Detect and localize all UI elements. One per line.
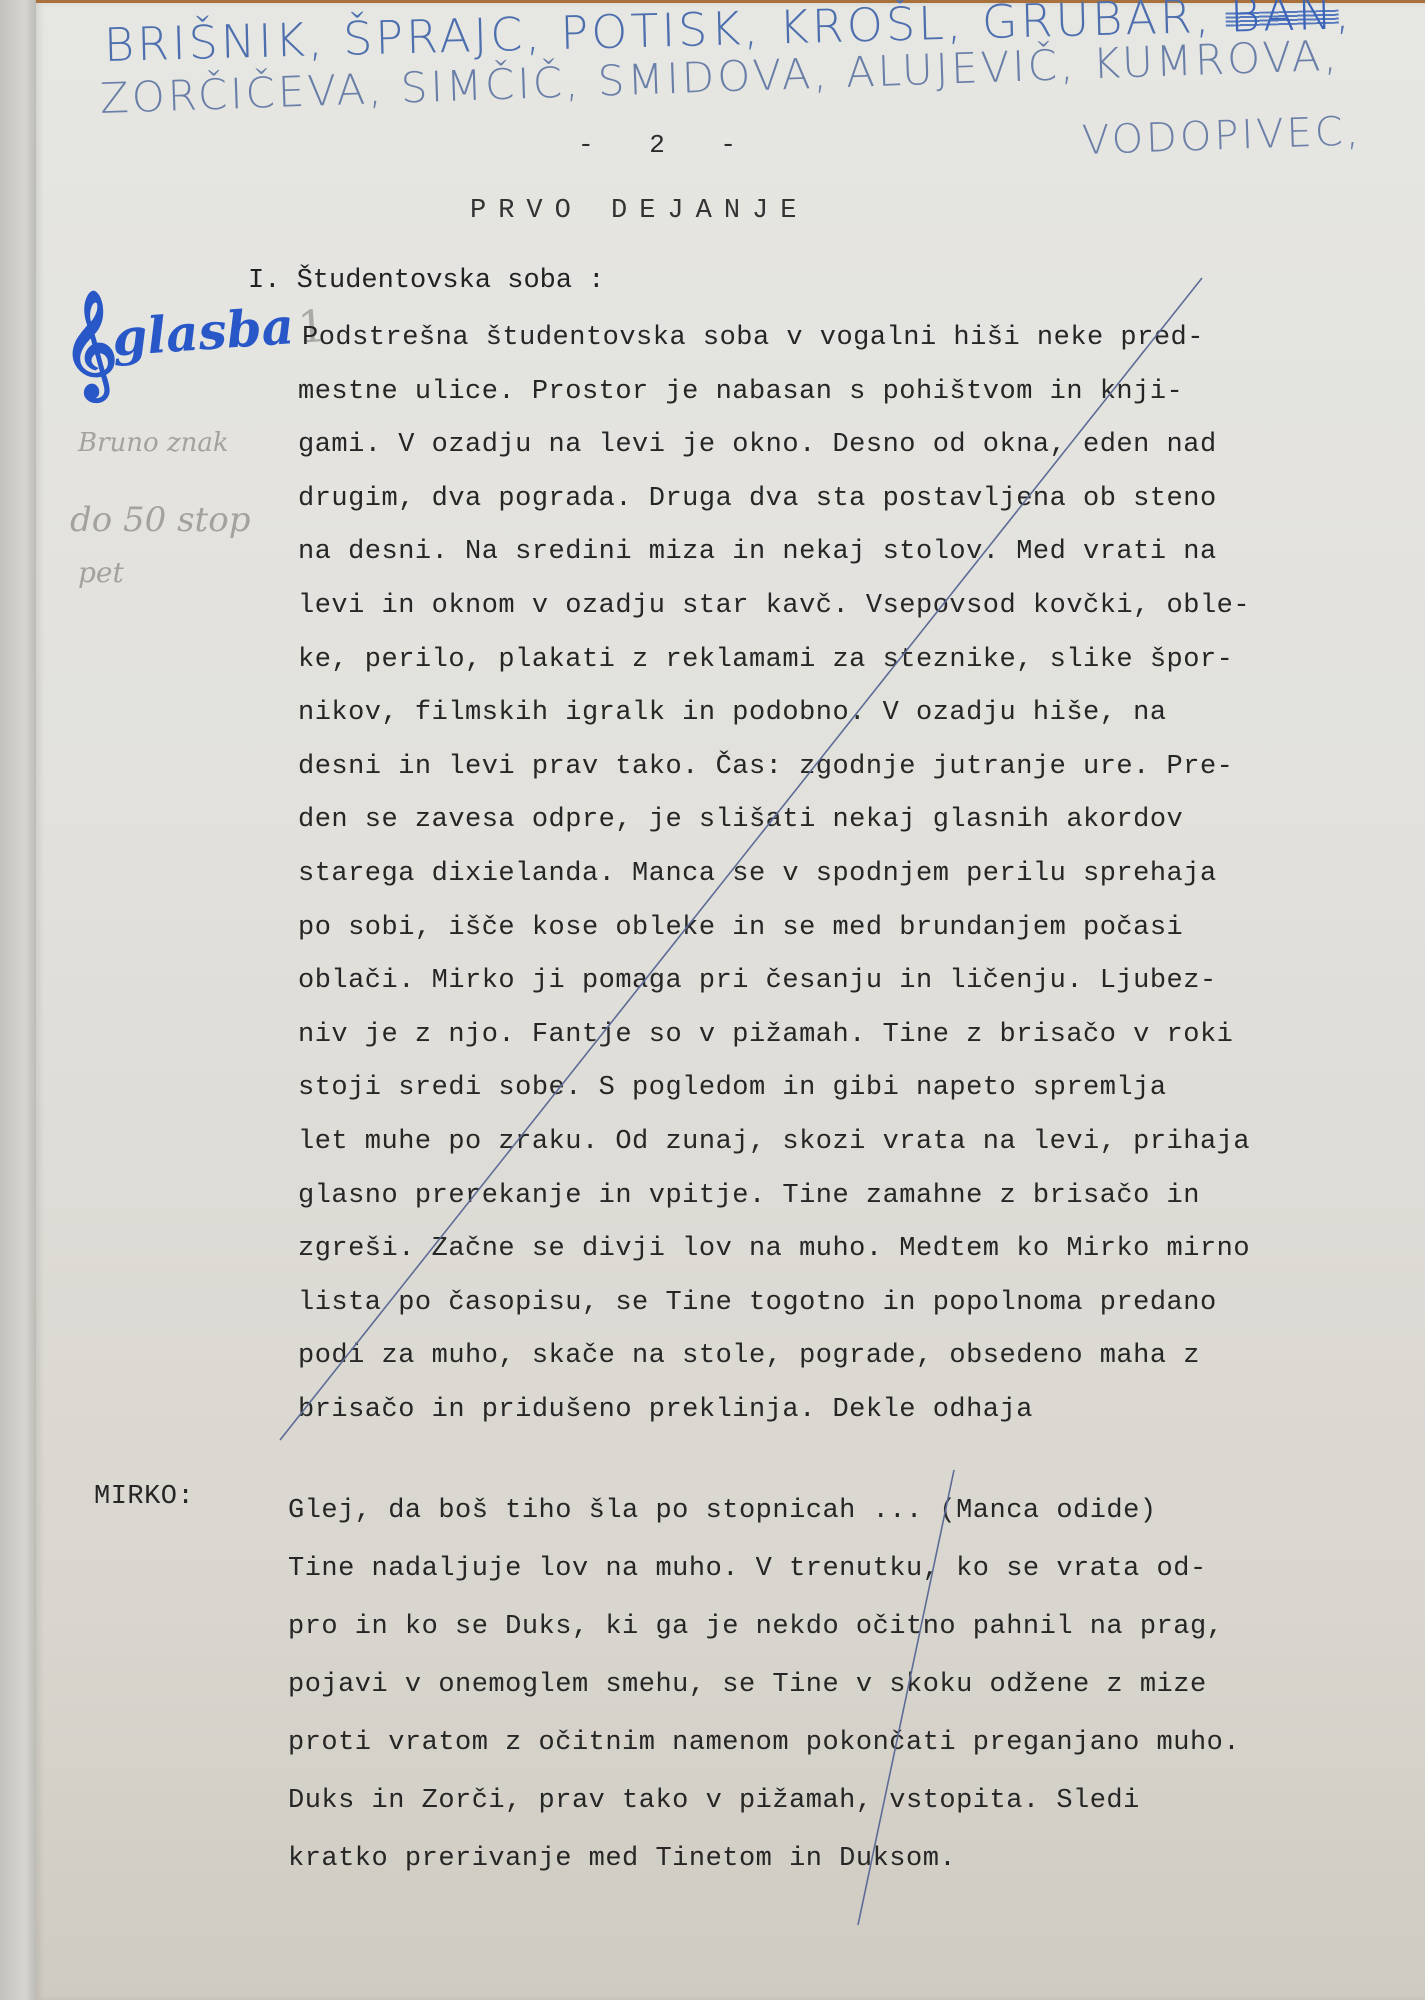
stage-direction-line: gami. V ozadju na levi je okno. Desno od… [298, 419, 1250, 473]
stage-direction-line: lista po časopisu, se Tine togotno in po… [298, 1277, 1250, 1331]
stage-direction-line: Podstrešna študentovska soba v vogalni h… [302, 312, 1250, 366]
stage-direction-line: stoji sredi sobe. S pogledom in gibi nap… [298, 1062, 1250, 1116]
pencil-note-line-3: pet [78, 556, 124, 589]
stage-direction-line: zgreši. Začne se divji lov na muho. Medt… [298, 1223, 1250, 1277]
dialogue-line: Glej, da boš tiho šla po stopnicah ... (… [288, 1482, 1240, 1540]
speaker-name: MIRKO: [94, 1482, 194, 1512]
dialogue-line: kratko prerivanje med Tinetom in Duksom. [288, 1830, 1240, 1888]
stage-directions: Podstrešna študentovska soba v vogalni h… [298, 312, 1250, 1437]
dialogue-block: Glej, da boš tiho šla po stopnicah ... (… [288, 1482, 1240, 1888]
stage-direction-line: starega dixielanda. Manca se v spodnjem … [298, 848, 1250, 902]
stage-direction-line: na desni. Na sredini miza in nekaj stolo… [298, 526, 1250, 580]
music-cue-note: 𝄞glasba1 [58, 273, 329, 401]
pencil-note-line-1: Bruno znak [78, 428, 229, 458]
previous-page-edge [0, 0, 36, 2000]
page-number: - 2 - [578, 130, 756, 160]
stage-direction-line: brisačo in pridušeno preklinja. Dekle od… [298, 1384, 1250, 1438]
dialogue-line: proti vratom z očitnim namenom pokončati… [288, 1714, 1240, 1772]
stage-direction-line: po sobi, išče kose obleke in se med brun… [298, 902, 1250, 956]
dialogue-line: pro in ko se Duks, ki ga je nekdo očitno… [288, 1598, 1240, 1656]
dialogue-line: Tine nadaljuje lov na muho. V trenutku, … [288, 1540, 1240, 1598]
stage-direction-line: ke, perilo, plakati z reklamami za stezn… [298, 634, 1250, 688]
stage-direction-line: glasno prerekanje in vpitje. Tine zamahn… [298, 1170, 1250, 1224]
stage-direction-line: nikov, filmskih igralk in podobno. V oza… [298, 687, 1250, 741]
dialogue-line: pojavi v onemoglem smehu, se Tine v skok… [288, 1656, 1240, 1714]
stage-direction-line: levi in oknom v ozadju star kavč. Vsepov… [298, 580, 1250, 634]
cast-list-line-3: VODOPIVEC, [1081, 108, 1362, 164]
stage-direction-line: oblači. Mirko ji pomaga pri česanju in l… [298, 955, 1250, 1009]
dialogue-line: Duks in Zorči, prav tako v pižamah, vsto… [288, 1772, 1240, 1830]
stage-direction-line: niv je z njo. Fantje so v pižamah. Tine … [298, 1009, 1250, 1063]
pencil-note-line-2: do 50 stop [70, 500, 250, 540]
act-title: PRVO DEJANJE [470, 196, 808, 226]
stage-direction-line: drugim, dva pograda. Druga dva sta posta… [298, 473, 1250, 527]
music-cue-label: glasba [110, 296, 296, 368]
stage-direction-line: mestne ulice. Prostor je nabasan s pohiš… [298, 366, 1250, 420]
stage-direction-line: let muhe po zraku. Od zunaj, skozi vrata… [298, 1116, 1250, 1170]
stage-direction-line: den se zavesa odpre, je slišati nekaj gl… [298, 794, 1250, 848]
treble-clef-icon: 𝄞 [58, 288, 120, 400]
stage-direction-line: podi za muho, skače na stole, pograde, o… [298, 1330, 1250, 1384]
stage-direction-line: desni in levi prav tako. Čas: zgodnje ju… [298, 741, 1250, 795]
